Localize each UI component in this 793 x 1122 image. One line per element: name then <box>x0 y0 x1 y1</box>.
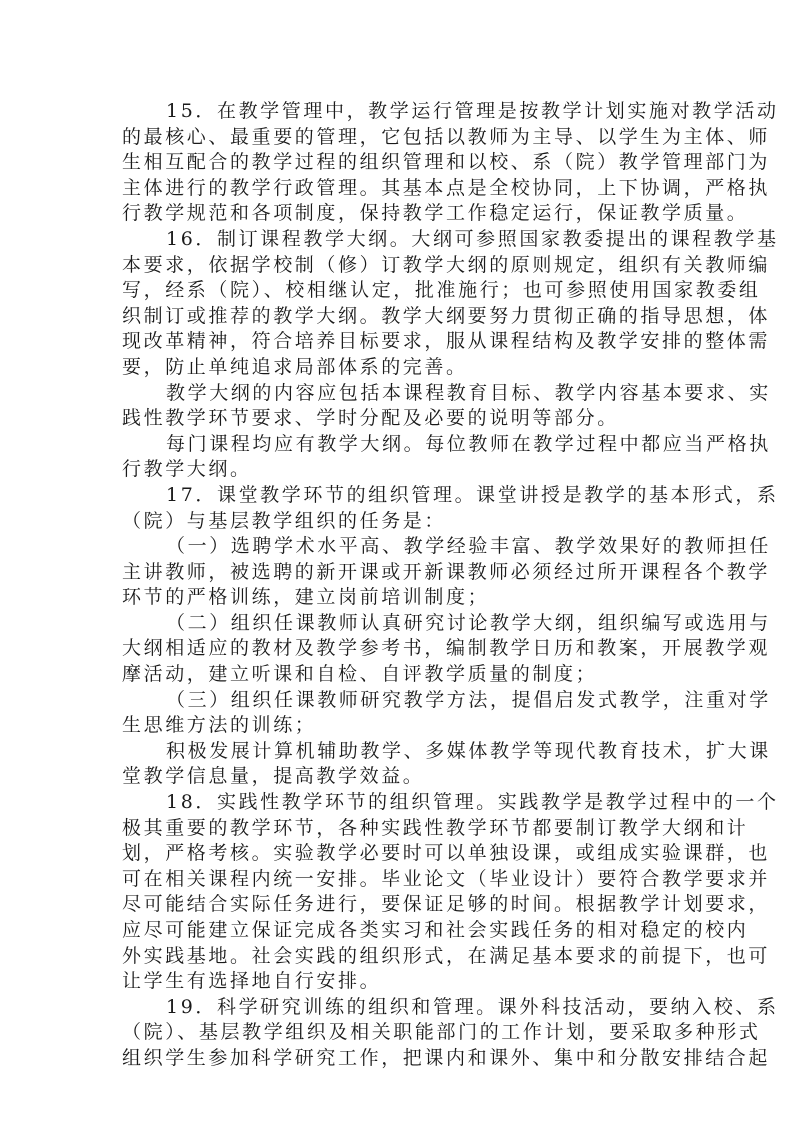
paragraph-line: 现改革精神，符合培养目标要求，服从课程结构及教学安排的整体需 <box>122 329 682 355</box>
paragraph-first-line: （一）选聘学术水平高、教学经验丰富、教学效果好的教师担任 <box>122 534 682 560</box>
document-page: 15．在教学管理中，教学运行管理是按教学计划实施对教学活动的最核心、最重要的管理… <box>0 0 793 1122</box>
paragraph-line: 本要求，依据学校制（修）订教学大纲的原则规定，组织有关教师编 <box>122 253 682 279</box>
paragraph-line: 主体进行的教学行政管理。其基本点是全校协同，上下协调，严格执 <box>122 176 682 202</box>
paragraph-line: 外实践基地。社会实践的组织形式，在满足基本要求的前提下，也可 <box>122 944 682 970</box>
paragraph-line: 划，严格考核。实验教学必要时可以单独设课，或组成实验课群，也 <box>122 841 682 867</box>
paragraph-line: 堂教学信息量，提高教学效益。 <box>122 764 682 790</box>
paragraph-line: 摩活动，建立听课和自检、自评教学质量的制度； <box>122 662 682 688</box>
paragraph-first-line: 教学大纲的内容应包括本课程教育目标、教学内容基本要求、实 <box>122 381 682 407</box>
paragraph-line: （院）、基层教学组织及相关职能部门的工作计划，要采取多种形式 <box>122 1020 682 1046</box>
paragraph-line: 可在相关课程内统一安排。毕业论文（毕业设计）要符合教学要求并 <box>122 867 682 893</box>
paragraph-first-line: 15．在教学管理中，教学运行管理是按教学计划实施对教学活动 <box>122 99 682 125</box>
paragraph-line: 行教学大纲。 <box>122 457 682 483</box>
paragraph-line: 的最核心、最重要的管理，它包括以教师为主导、以学生为主体、师 <box>122 125 682 151</box>
paragraph-line: 应尽可能建立保证完成各类实习和社会实践任务的相对稳定的校内 <box>122 918 682 944</box>
paragraph-line: 让学生有选择地自行安排。 <box>122 969 682 995</box>
paragraph-line: 大纲相适应的教材及教学参考书，编制教学日历和教案，开展教学观 <box>122 636 682 662</box>
paragraph-first-line: 17．课堂教学环节的组织管理。课堂讲授是教学的基本形式，系 <box>122 483 682 509</box>
paragraph-line: （院）与基层教学组织的任务是： <box>122 509 682 535</box>
paragraph-line: 极其重要的教学环节，各种实践性教学环节都要制订教学大纲和计 <box>122 816 682 842</box>
paragraph-line: 生相互配合的教学过程的组织管理和以校、系（院）教学管理部门为 <box>122 150 682 176</box>
paragraph-first-line: 每门课程均应有教学大纲。每位教师在教学过程中都应当严格执 <box>122 432 682 458</box>
paragraph-first-line: （三）组织任课教师研究教学方法，提倡启发式教学，注重对学 <box>122 688 682 714</box>
paragraph-first-line: 16．制订课程教学大纲。大纲可参照国家教委提出的课程教学基 <box>122 227 682 253</box>
paragraph-first-line: （二）组织任课教师认真研究讨论教学大纲，组织编写或选用与 <box>122 611 682 637</box>
paragraph-line: 织制订或推荐的教学大纲。教学大纲要努力贯彻正确的指导思想，体 <box>122 304 682 330</box>
paragraph-line: 组织学生参加科学研究工作，把课内和课外、集中和分散安排结合起 <box>122 1046 682 1072</box>
paragraph-line: 尽可能结合实际任务进行，要保证足够的时间。根据教学计划要求， <box>122 892 682 918</box>
document-body: 15．在教学管理中，教学运行管理是按教学计划实施对教学活动的最核心、最重要的管理… <box>122 99 682 1072</box>
paragraph-line: 行教学规范和各项制度，保持教学工作稳定运行，保证教学质量。 <box>122 201 682 227</box>
paragraph-line: 环节的严格训练，建立岗前培训制度； <box>122 585 682 611</box>
paragraph-line: 生思维方法的训练； <box>122 713 682 739</box>
paragraph-line: 要，防止单纯追求局部体系的完善。 <box>122 355 682 381</box>
paragraph-first-line: 18．实践性教学环节的组织管理。实践教学是教学过程中的一个 <box>122 790 682 816</box>
paragraph-line: 践性教学环节要求、学时分配及必要的说明等部分。 <box>122 406 682 432</box>
paragraph-first-line: 19．科学研究训练的组织和管理。课外科技活动，要纳入校、系 <box>122 995 682 1021</box>
paragraph-line: 主讲教师，被选聘的新开课或开新课教师必须经过所开课程各个教学 <box>122 560 682 586</box>
paragraph-first-line: 积极发展计算机辅助教学、多媒体教学等现代教育技术，扩大课 <box>122 739 682 765</box>
paragraph-line: 写，经系（院）、校相继认定，批准施行；也可参照使用国家教委组 <box>122 278 682 304</box>
